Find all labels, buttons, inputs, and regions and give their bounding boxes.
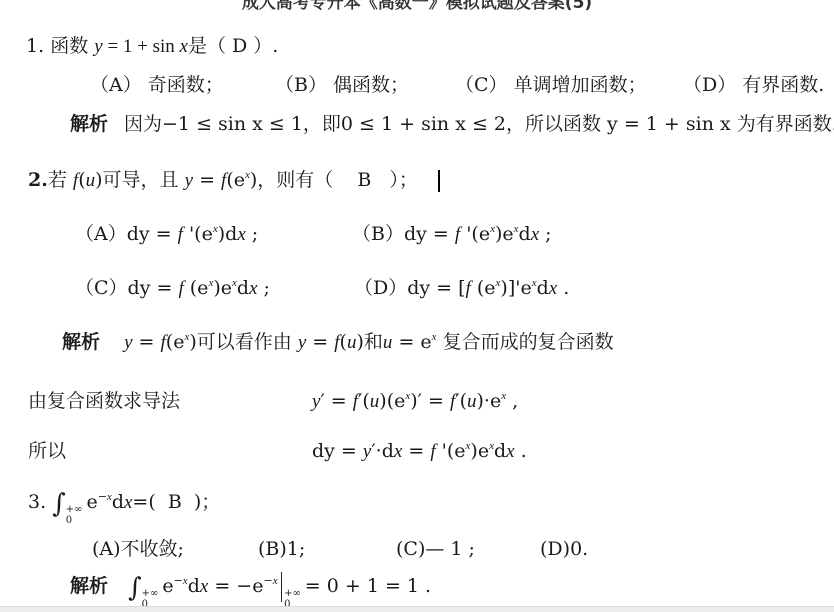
derivation-formula-1: y′ = f′(u)(ex)′ = f′(u)·ex , [312, 389, 518, 414]
question-1-option-b: （B） 偶函数； [275, 73, 409, 97]
text-cursor [438, 170, 440, 192]
question-2-option-b: （B）dy = f '(ex)exdx ; [352, 222, 552, 247]
question-1-option-a: （A） 奇函数； [90, 73, 224, 97]
question-3-option-a: (A)不收敛; [92, 537, 184, 561]
question-2-option-a: （A）dy = f '(ex)dx ; [75, 222, 258, 247]
question-3-analysis: 解析 ∫+∞0e−xdx = −e−x+∞0= 0 + 1 = 1 . [70, 572, 431, 610]
question-2-option-c: （C）dy = f (ex)exdx ; [75, 276, 270, 301]
question-3-option-c: (C)— 1 ; [396, 537, 475, 561]
question-1-option-c: （C） 单调增加函数； [455, 73, 647, 97]
page-bottom-edge [0, 606, 834, 612]
derivation-label-1: 由复合函数求导法 [28, 389, 180, 413]
evaluation-bar [281, 572, 283, 602]
question-1-option-d: （D） 有界函数. [683, 73, 824, 97]
question-3-option-b: (B)1; [258, 537, 305, 561]
integral-sign-icon: ∫ [52, 489, 66, 519]
question-3-option-d: (D)0. [540, 537, 588, 561]
question-2-stem: 2.若 f(u)可导，且 y = f(ex)，则有（ B）； [28, 168, 440, 193]
integral-sign-icon: ∫ [128, 573, 142, 603]
document-title: 成人高考专升本《高数一》模拟试题及答案(5) [0, 0, 834, 13]
derivation-formula-2: dy = y′·dx = f '(ex)exdx . [312, 439, 527, 464]
question-2-analysis: 解析 y = f(ex)可以看作由 y = f(u)和u = ex 复合而成的复… [62, 330, 614, 355]
question-2-option-d: （D）dy = [f (ex)]'exdx . [354, 276, 569, 301]
analysis-label: 解析 [70, 113, 108, 135]
derivation-label-2: 所以 [28, 439, 66, 463]
question-1-analysis: 解析因为−1 ≤ sin x ≤ 1，即0 ≤ 1 + sin x ≤ 2，所以… [70, 112, 834, 136]
question-1-stem: 1. 函数 y = 1 + sin x是（ D ）. [26, 34, 278, 59]
question-3-stem: 3. ∫+∞0e−xdx=( B )； [28, 490, 220, 526]
